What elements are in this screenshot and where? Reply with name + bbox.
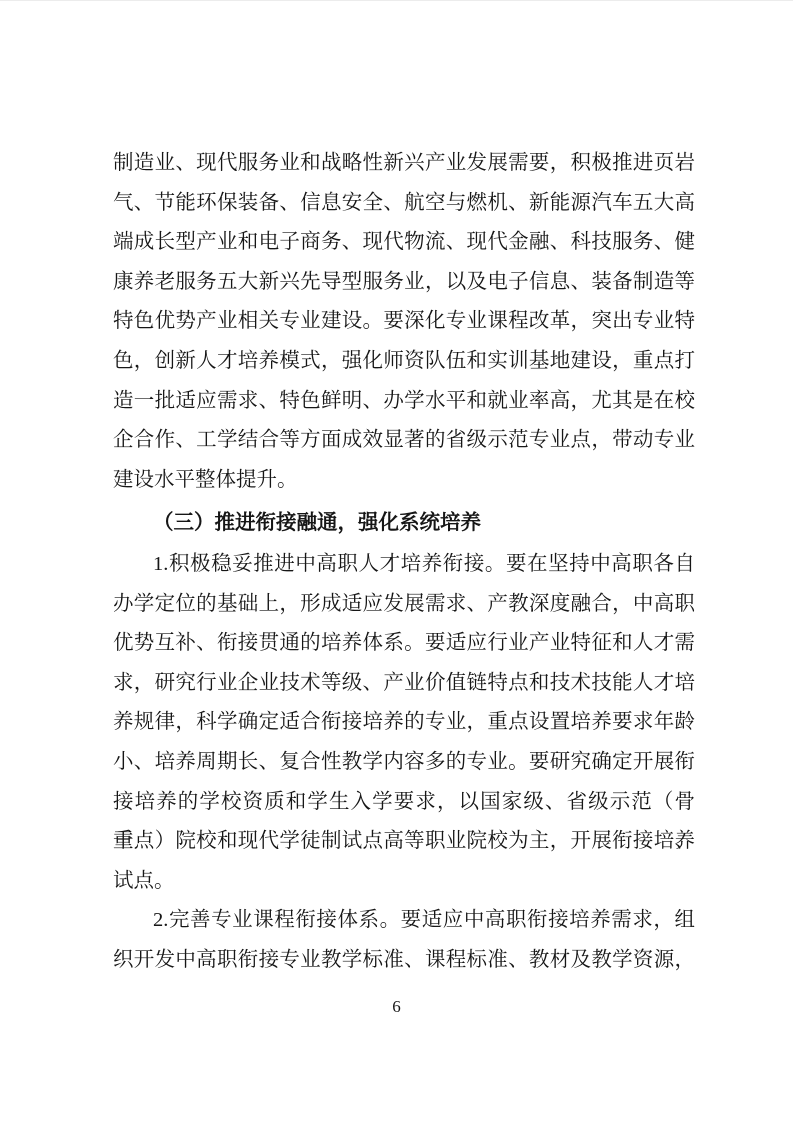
text-line: 色，创新人才培养模式，强化师资队伍和实训基地建设，重点打 [113,342,695,382]
text-line: 气、节能环保装备、信息安全、航空与燃机、新能源汽车五大高 [113,184,695,224]
text-line: 康养老服务五大新兴先导型服务业，以及电子信息、装备制造等 [113,263,695,303]
text-line: 1.积极稳妥推进中高职人才培养衔接。要在坚持中高职各自 [113,545,695,585]
document-page: 制造业、现代服务业和战略性新兴产业发展需要，积极推进页岩气、节能环保装备、信息安… [0,0,793,1122]
text-line: 养规律，科学确定适合衔接培养的专业，重点设置培养要求年龄 [113,703,695,743]
text-line: 端成长型产业和电子商务、现代物流、现代金融、科技服务、健 [113,223,695,263]
text-line: 造一批适应需求、特色鲜明、办学水平和就业率高，尤其是在校 [113,382,695,422]
text-line: 制造业、现代服务业和战略性新兴产业发展需要，积极推进页岩 [113,144,695,184]
text-line: 特色优势产业相关专业建设。要深化专业课程改革，突出专业特 [113,302,695,342]
text-line: 企合作、工学结合等方面成效显著的省级示范专业点，带动专业 [113,421,695,461]
text-line: 小、培养周期长、复合性教学内容多的专业。要研究确定开展衔 [113,743,695,783]
text-line: 织开发中高职衔接专业教学标准、课程标准、教材及教学资源， [113,941,695,981]
text-line: 求，研究行业企业技术等级、产业价值链特点和技术技能人才培 [113,664,695,704]
section-heading: （三）推进衔接融通，强化系统培养 [113,504,695,544]
text-line: 试点。 [113,862,695,902]
text-line: 重点）院校和现代学徒制试点高等职业院校为主，开展衔接培养 [113,822,695,862]
document-body: 制造业、现代服务业和战略性新兴产业发展需要，积极推进页岩气、节能环保装备、信息安… [113,144,695,980]
text-line: 接培养的学校资质和学生入学要求，以国家级、省级示范（骨干、 [113,783,695,823]
text-line: 建设水平整体提升。 [113,461,695,501]
text-line: 2.完善专业课程衔接体系。要适应中高职衔接培养需求，组 [113,901,695,941]
text-line: 优势互补、衔接贯通的培养体系。要适应行业产业特征和人才需 [113,624,695,664]
page-number: 6 [0,996,793,1018]
text-line: 办学定位的基础上，形成适应发展需求、产教深度融合，中高职 [113,585,695,625]
